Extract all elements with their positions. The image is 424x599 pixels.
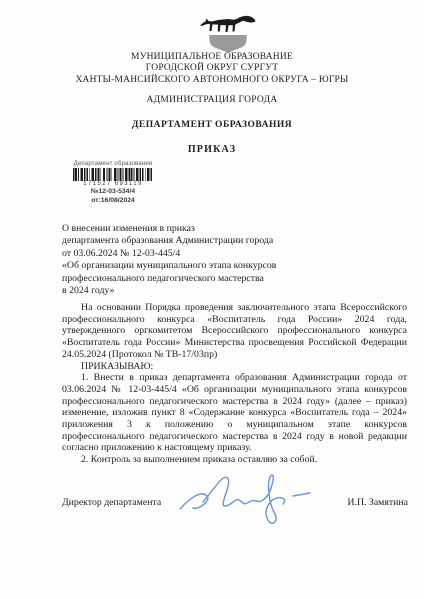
subject-line: от 03.06.2024 № 12-03-445/4 (62, 248, 342, 260)
barcode-digits: 171527 693119 (70, 181, 156, 187)
subject-line: «Об организации муниципального этапа кон… (62, 260, 342, 272)
registration-date: от:16/08/2024 (70, 197, 156, 204)
body-imperative: ПРИКАЗЫВАЮ: (62, 361, 407, 373)
order-body: На основании Порядка проведения заключит… (62, 302, 407, 466)
org-line-2: ГОРОДСКОЙ ОКРУГ СУРГУТ (0, 63, 424, 74)
subject-line: О внесении изменения в приказ (62, 223, 342, 235)
subject-line: профессионального педагогического мастер… (62, 273, 342, 285)
order-subject: О внесении изменения в приказ департамен… (62, 223, 342, 297)
body-item-2: 2. Контроль за выполнением приказа остав… (62, 454, 407, 466)
body-paragraph-basis: На основании Порядка проведения заключит… (62, 302, 407, 361)
fox-icon (200, 16, 256, 32)
subject-line: в 2024 году» (62, 285, 342, 297)
stamp-label: Департамент образования (70, 161, 156, 167)
registration-stamp: Департамент образования 171527 693119 №1… (70, 161, 156, 204)
registration-number: №12-03-534/4 (70, 188, 156, 195)
document-type-title: ПРИКАЗ (0, 144, 424, 155)
administration-line: АДМИНИСТРАЦИЯ ГОРОДА (0, 95, 424, 105)
signatory-position: Директор департамента (62, 497, 161, 508)
subject-line: департамента образования Администрации г… (62, 235, 342, 247)
barcode-icon (73, 168, 153, 181)
body-item-1: 1. Внести в приказ департамента образова… (62, 372, 407, 454)
coat-of-arms-graphic (198, 9, 258, 53)
order-document-page: МУНИЦИПАЛЬНОЕ ОБРАЗОВАНИЕ ГОРОДСКОЙ ОКРУ… (0, 0, 424, 599)
signatory-name: И.П. Замятина (347, 497, 408, 508)
surgut-coat-of-arms (198, 9, 258, 53)
org-line-3: ХАНТЫ-МАНСИЙСКОГО АВТОНОМНОГО ОКРУГА – Ю… (0, 75, 424, 86)
org-line-1: МУНИЦИПАЛЬНОЕ ОБРАЗОВАНИЕ (0, 52, 424, 63)
shield-icon (209, 35, 247, 53)
organization-header: МУНИЦИПАЛЬНОЕ ОБРАЗОВАНИЕ ГОРОДСКОЙ ОКРУ… (0, 52, 424, 86)
department-line: ДЕПАРТАМЕНТ ОБРАЗОВАНИЯ (0, 120, 424, 130)
signature-row: Директор департамента И.П. Замятина (62, 497, 408, 508)
